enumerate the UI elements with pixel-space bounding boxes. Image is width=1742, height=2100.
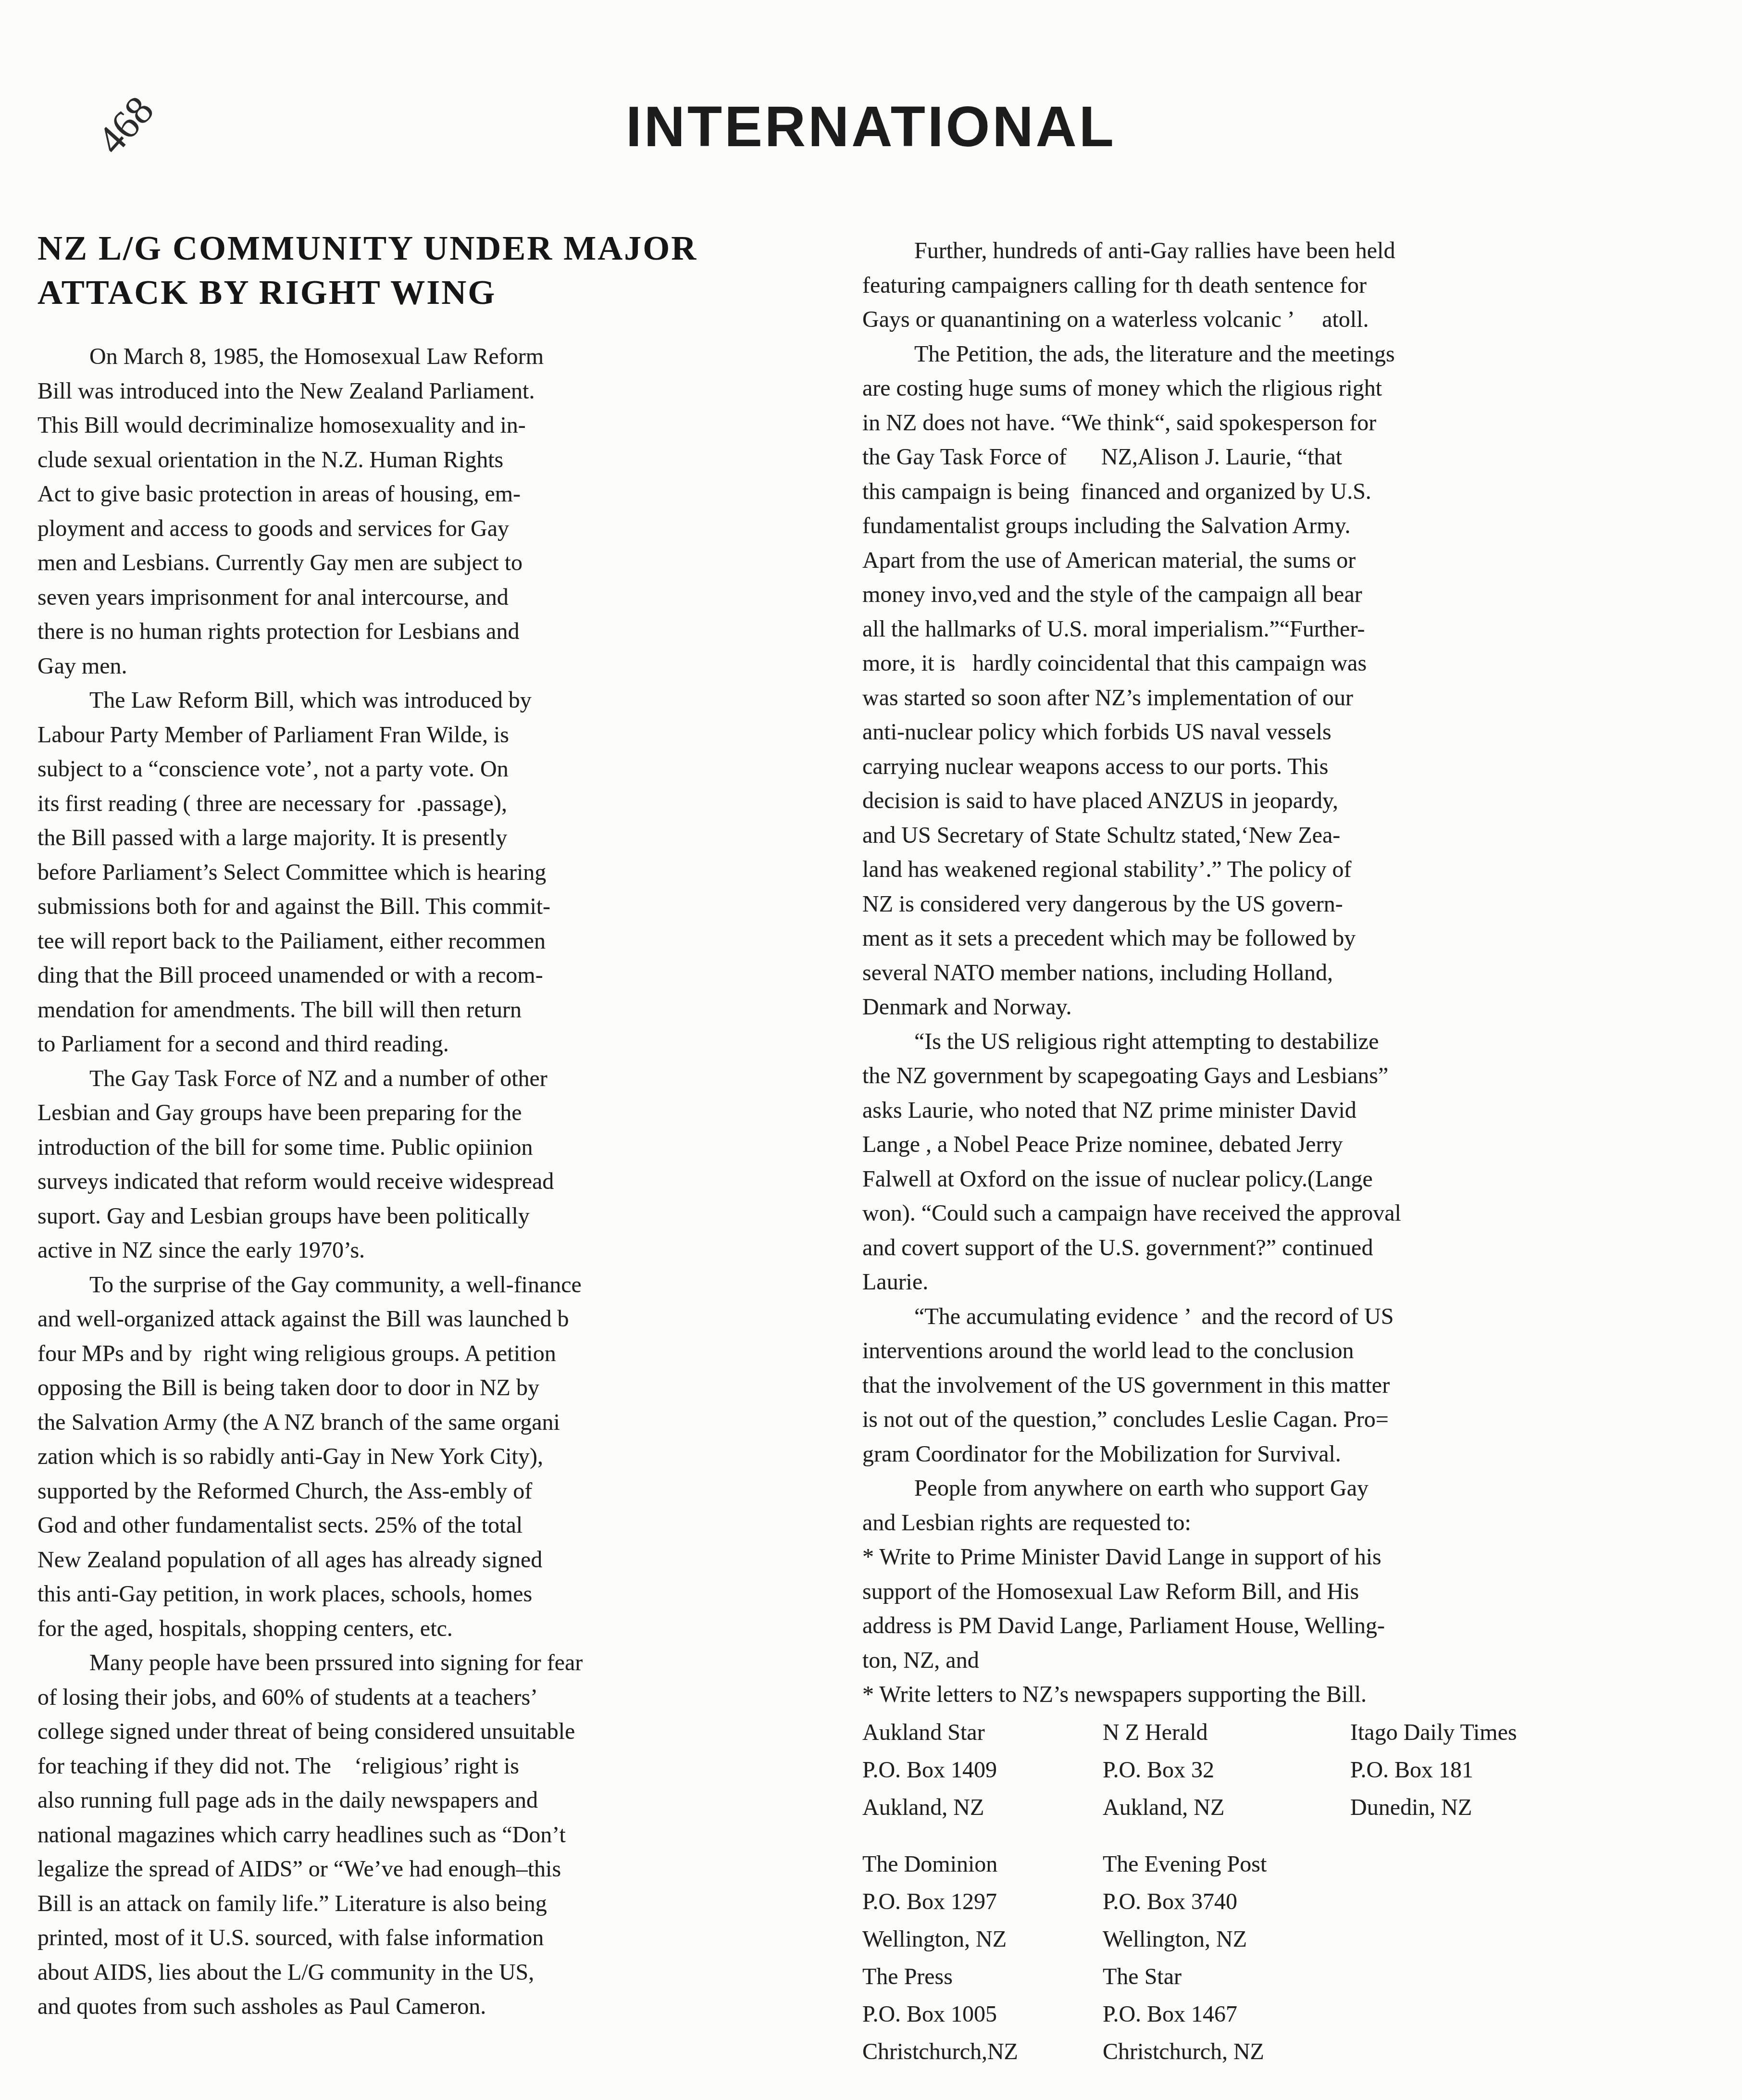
newspaper-pobox: P.O. Box 32 [1103,1751,1350,1789]
newspaper-city: Aukland, NZ [1103,1789,1350,1826]
action-item: * Write letters to NZ’s newspapers suppo… [862,1677,1728,1712]
paragraph: To the surprise of the Gay community, a … [37,1268,874,1646]
newspaper-row: The Press P.O. Box 1005 Christchurch,NZ … [862,1958,1728,2071]
paragraph: Many people have been prssured into sign… [37,1646,874,2024]
paragraph: “The accumulating evidence ’ and the rec… [862,1300,1728,1472]
newspaper-city: Dunedin, NZ [1350,1789,1728,1826]
newspaper-name: The Star [1103,1958,1350,1996]
newspaper-city: Christchurch,NZ [862,2033,1103,2071]
newspaper-pobox: P.O. Box 1005 [862,1996,1103,2033]
newspaper-city: Aukland, NZ [862,1789,1103,1826]
newspaper-entry: The Star P.O. Box 1467 Christchurch, NZ [1103,1958,1350,2071]
newspaper-pobox: P.O. Box 3740 [1103,1883,1350,1921]
newspaper-entry: N Z Herald P.O. Box 32 Aukland, NZ [1103,1714,1350,1826]
newspaper-entry: The Dominion P.O. Box 1297 Wellington, N… [862,1846,1103,1958]
newspaper-entry: Itago Daily Times P.O. Box 181 Dunedin, … [1350,1714,1728,1826]
paragraph: On March 8, 1985, the Homosexual Law Ref… [37,339,874,683]
newspaper-city: Wellington, NZ [1103,1921,1350,1958]
newspaper-pobox: P.O. Box 1409 [862,1751,1103,1789]
newspaper-name: Aukland Star [862,1714,1103,1751]
newspaper-row: The Dominion P.O. Box 1297 Wellington, N… [862,1846,1728,1958]
paragraph: The Gay Task Force of NZ and a number of… [37,1062,874,1268]
action-item: * Write to Prime Minister David Lange in… [862,1540,1728,1677]
newspaper-pobox: P.O. Box 1467 [1103,1996,1350,2033]
masthead-title: INTERNATIONAL [0,94,1742,160]
newspaper-city: Wellington, NZ [862,1921,1103,1958]
newspaper-name: N Z Herald [1103,1714,1350,1751]
newspaper-name: Itago Daily Times [1350,1714,1728,1751]
newspaper-name: The Dominion [862,1846,1103,1883]
article-heading: NZ L/G COMMUNITY UNDER MAJOR ATTACK BY R… [37,226,874,314]
newspaper-city: Christchurch, NZ [1103,2033,1350,2071]
right-column: Further, hundreds of anti-Gay rallies ha… [862,234,1728,2071]
scanned-page: 468 INTERNATIONAL NZ L/G COMMUNITY UNDER… [0,0,1742,2100]
newspaper-entry: The Evening Post P.O. Box 3740 Wellingto… [1103,1846,1350,1958]
newspaper-entry: Aukland Star P.O. Box 1409 Aukland, NZ [862,1714,1103,1826]
paragraph: Further, hundreds of anti-Gay rallies ha… [862,234,1728,337]
left-column: NZ L/G COMMUNITY UNDER MAJOR ATTACK BY R… [37,226,874,2024]
newspaper-pobox: P.O. Box 1297 [862,1883,1103,1921]
newspaper-entry: The Press P.O. Box 1005 Christchurch,NZ [862,1958,1103,2071]
paragraph: People from anywhere on earth who suppor… [862,1471,1728,1540]
newspaper-name: The Evening Post [1103,1846,1350,1883]
newspaper-pobox: P.O. Box 181 [1350,1751,1728,1789]
paragraph: “Is the US religious right attempting to… [862,1025,1728,1300]
newspaper-row: Aukland Star P.O. Box 1409 Aukland, NZ N… [862,1714,1728,1826]
newspaper-name: The Press [862,1958,1103,1996]
paragraph: The Petition, the ads, the literature an… [862,337,1728,1025]
paragraph: The Law Reform Bill, which was introduce… [37,683,874,1062]
